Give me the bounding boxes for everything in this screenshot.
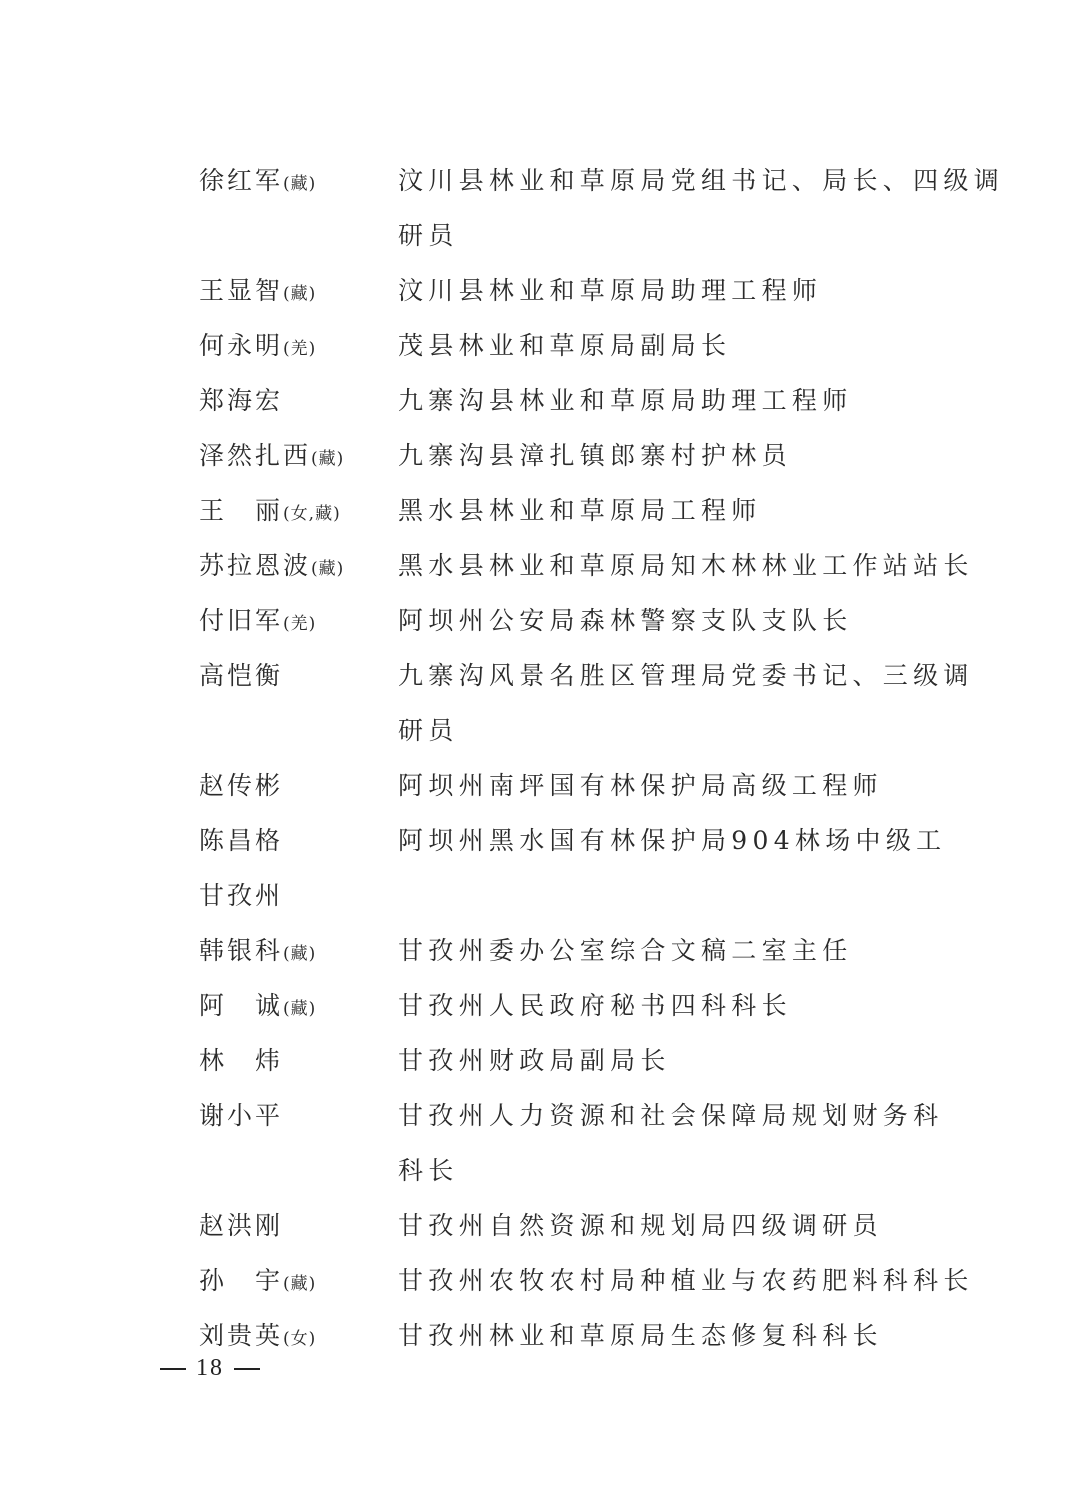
- job-title-line: 甘孜州自然资源和规划局四级调研员: [398, 1198, 959, 1253]
- name-part: 阿: [199, 991, 227, 1020]
- list-item: 何永明(羌)茂县林业和草原局副局长: [199, 318, 959, 373]
- job-title: 甘孜州人民政府秘书四科科长: [398, 978, 959, 1033]
- person-name: 林炜: [199, 1033, 398, 1088]
- name-part: 泽然扎西: [199, 441, 311, 470]
- job-title-line: 甘孜州林业和草原局生态修复科科长: [398, 1308, 959, 1363]
- name-part: 赵传彬: [199, 771, 283, 800]
- job-title-line: 甘孜州委办公室综合文稿二室主任: [398, 923, 959, 978]
- ethnicity-gender-note: (女): [283, 1329, 316, 1349]
- job-title: 甘孜州林业和草原局生态修复科科长: [398, 1308, 959, 1363]
- name-part: 诚: [255, 991, 283, 1020]
- job-title: 九寨沟县林业和草原局助理工程师: [398, 373, 959, 428]
- list-item: 谢小平甘孜州人力资源和社会保障局规划财务科科长: [199, 1088, 959, 1198]
- list-item: 韩银科(藏)甘孜州委办公室综合文稿二室主任: [199, 923, 959, 978]
- person-name: 王显智(藏): [199, 263, 398, 318]
- job-title-line: 九寨沟风景名胜区管理局党委书记、三级调: [398, 648, 959, 703]
- document-page: 徐红军(藏)汶川县林业和草原局党组书记、局长、四级调研员王显智(藏)汶川县林业和…: [0, 0, 1080, 1506]
- list-item: 郑海宏九寨沟县林业和草原局助理工程师: [199, 373, 959, 428]
- person-name: 苏拉恩波(藏): [199, 538, 398, 593]
- job-title-line: 甘孜州财政局副局长: [398, 1033, 959, 1088]
- job-title-line: 阿坝州公安局森林警察支队支队长: [398, 593, 959, 648]
- job-title-line: 研员: [398, 208, 959, 263]
- job-title-line: 甘孜州人力资源和社会保障局规划财务科: [398, 1088, 959, 1143]
- person-name: 赵传彬: [199, 758, 398, 813]
- person-name: 赵洪刚: [199, 1198, 398, 1253]
- name-part: 高恺衡: [199, 661, 283, 690]
- person-name: 孙宇(藏): [199, 1253, 398, 1308]
- job-title-line: 黑水县林业和草原局工程师: [398, 483, 959, 538]
- list-item: 刘贵英(女)甘孜州林业和草原局生态修复科科长: [199, 1308, 959, 1363]
- name-part: 甘孜州: [199, 881, 283, 910]
- name-part: 林: [199, 1046, 227, 1075]
- job-title-line: 研员: [398, 703, 959, 758]
- job-title: 甘孜州委办公室综合文稿二室主任: [398, 923, 959, 978]
- person-name: 付旧军(羌): [199, 593, 398, 648]
- job-title: 茂县林业和草原局副局长: [398, 318, 959, 373]
- name-part: 何永明: [199, 331, 283, 360]
- job-title-line: 阿坝州黑水国有林保护局904林场中级工: [398, 813, 959, 868]
- person-name: 泽然扎西(藏): [199, 428, 398, 483]
- name-part: 付旧军: [199, 606, 283, 635]
- ethnicity-gender-note: (藏): [283, 1274, 316, 1294]
- name-part: 苏拉恩波: [199, 551, 311, 580]
- job-title-line: 茂县林业和草原局副局长: [398, 318, 959, 373]
- job-title-line: 科长: [398, 1143, 959, 1198]
- list-item: 王显智(藏)汶川县林业和草原局助理工程师: [199, 263, 959, 318]
- job-title: 甘孜州人力资源和社会保障局规划财务科科长: [398, 1088, 959, 1198]
- job-title: 甘孜州财政局副局长: [398, 1033, 959, 1088]
- job-title-line: 汶川县林业和草原局助理工程师: [398, 263, 959, 318]
- job-title: 九寨沟县漳扎镇郎寨村护林员: [398, 428, 959, 483]
- person-name: 韩银科(藏): [199, 923, 398, 978]
- list-item: 赵洪刚甘孜州自然资源和规划局四级调研员: [199, 1198, 959, 1253]
- page-number: 18: [196, 1355, 224, 1381]
- person-name: 何永明(羌): [199, 318, 398, 373]
- job-title: 黑水县林业和草原局工程师: [398, 483, 959, 538]
- job-title-line: 九寨沟县林业和草原局助理工程师: [398, 373, 959, 428]
- ethnicity-gender-note: (藏): [283, 999, 316, 1019]
- ethnicity-gender-note: (藏): [311, 559, 344, 579]
- name-part: 徐红军: [199, 166, 283, 195]
- name-part: 宇: [255, 1266, 283, 1295]
- list-item: 泽然扎西(藏)九寨沟县漳扎镇郎寨村护林员: [199, 428, 959, 483]
- list-item: 王丽(女,藏)黑水县林业和草原局工程师: [199, 483, 959, 538]
- name-part: 郑海宏: [199, 386, 283, 415]
- person-name: 陈昌格: [199, 813, 398, 868]
- ethnicity-gender-note: (藏): [283, 944, 316, 964]
- ethnicity-gender-note: (藏): [283, 174, 316, 194]
- right-dash: [234, 1368, 260, 1370]
- left-dash: [160, 1368, 186, 1370]
- ethnicity-gender-note: (羌): [283, 339, 316, 359]
- name-part: 赵洪刚: [199, 1211, 283, 1240]
- list-item: 孙宇(藏)甘孜州农牧农村局种植业与农药肥料科科长: [199, 1253, 959, 1308]
- name-part: 炜: [255, 1046, 283, 1075]
- job-title: 阿坝州公安局森林警察支队支队长: [398, 593, 959, 648]
- name-part: 王: [199, 496, 227, 525]
- job-title: 九寨沟风景名胜区管理局党委书记、三级调研员: [398, 648, 959, 758]
- job-title: 汶川县林业和草原局党组书记、局长、四级调研员: [398, 153, 959, 263]
- job-title-line: 黑水县林业和草原局知木林林业工作站站长: [398, 538, 959, 593]
- person-name: 徐红军(藏): [199, 153, 398, 208]
- list-item: 徐红军(藏)汶川县林业和草原局党组书记、局长、四级调研员: [199, 153, 959, 263]
- job-title-line: 甘孜州农牧农村局种植业与农药肥料科科长: [398, 1253, 959, 1308]
- name-part: 孙: [199, 1266, 227, 1295]
- list-item: 陈昌格阿坝州黑水国有林保护局904林场中级工: [199, 813, 959, 868]
- name-part: 韩银科: [199, 936, 283, 965]
- list-item: 苏拉恩波(藏)黑水县林业和草原局知木林林业工作站站长: [199, 538, 959, 593]
- name-part: 王显智: [199, 276, 283, 305]
- name-part: 陈昌格: [199, 826, 283, 855]
- job-title: [398, 868, 959, 923]
- job-title-line: 甘孜州人民政府秘书四科科长: [398, 978, 959, 1033]
- page-footer: 18: [150, 1355, 270, 1382]
- honoree-list: 徐红军(藏)汶川县林业和草原局党组书记、局长、四级调研员王显智(藏)汶川县林业和…: [199, 153, 959, 1363]
- person-name: 阿诚(藏): [199, 978, 398, 1033]
- job-title-line: 阿坝州南坪国有林保护局高级工程师: [398, 758, 959, 813]
- person-name: 王丽(女,藏): [199, 483, 398, 538]
- ethnicity-gender-note: (女,藏): [283, 504, 341, 524]
- job-title-line: [398, 868, 959, 923]
- region-heading-row: 甘孜州: [199, 868, 959, 923]
- list-item: 阿诚(藏)甘孜州人民政府秘书四科科长: [199, 978, 959, 1033]
- person-name: 谢小平: [199, 1088, 398, 1143]
- job-title-line: 汶川县林业和草原局党组书记、局长、四级调: [398, 153, 959, 208]
- job-title: 阿坝州南坪国有林保护局高级工程师: [398, 758, 959, 813]
- list-item: 高恺衡九寨沟风景名胜区管理局党委书记、三级调研员: [199, 648, 959, 758]
- person-name: 郑海宏: [199, 373, 398, 428]
- name-part: 丽: [255, 496, 283, 525]
- job-title: 甘孜州农牧农村局种植业与农药肥料科科长: [398, 1253, 959, 1308]
- ethnicity-gender-note: (藏): [311, 449, 344, 469]
- name-part: 刘贵英: [199, 1321, 283, 1350]
- job-title: 甘孜州自然资源和规划局四级调研员: [398, 1198, 959, 1253]
- job-title: 黑水县林业和草原局知木林林业工作站站长: [398, 538, 959, 593]
- ethnicity-gender-note: (藏): [283, 284, 316, 304]
- job-title: 汶川县林业和草原局助理工程师: [398, 263, 959, 318]
- job-title-line: 九寨沟县漳扎镇郎寨村护林员: [398, 428, 959, 483]
- list-item: 付旧军(羌)阿坝州公安局森林警察支队支队长: [199, 593, 959, 648]
- ethnicity-gender-note: (羌): [283, 614, 316, 634]
- person-name: 高恺衡: [199, 648, 398, 703]
- job-title: 阿坝州黑水国有林保护局904林场中级工: [398, 813, 959, 868]
- list-item: 赵传彬阿坝州南坪国有林保护局高级工程师: [199, 758, 959, 813]
- list-item: 林炜甘孜州财政局副局长: [199, 1033, 959, 1088]
- name-part: 谢小平: [199, 1101, 283, 1130]
- region-heading: 甘孜州: [199, 868, 398, 923]
